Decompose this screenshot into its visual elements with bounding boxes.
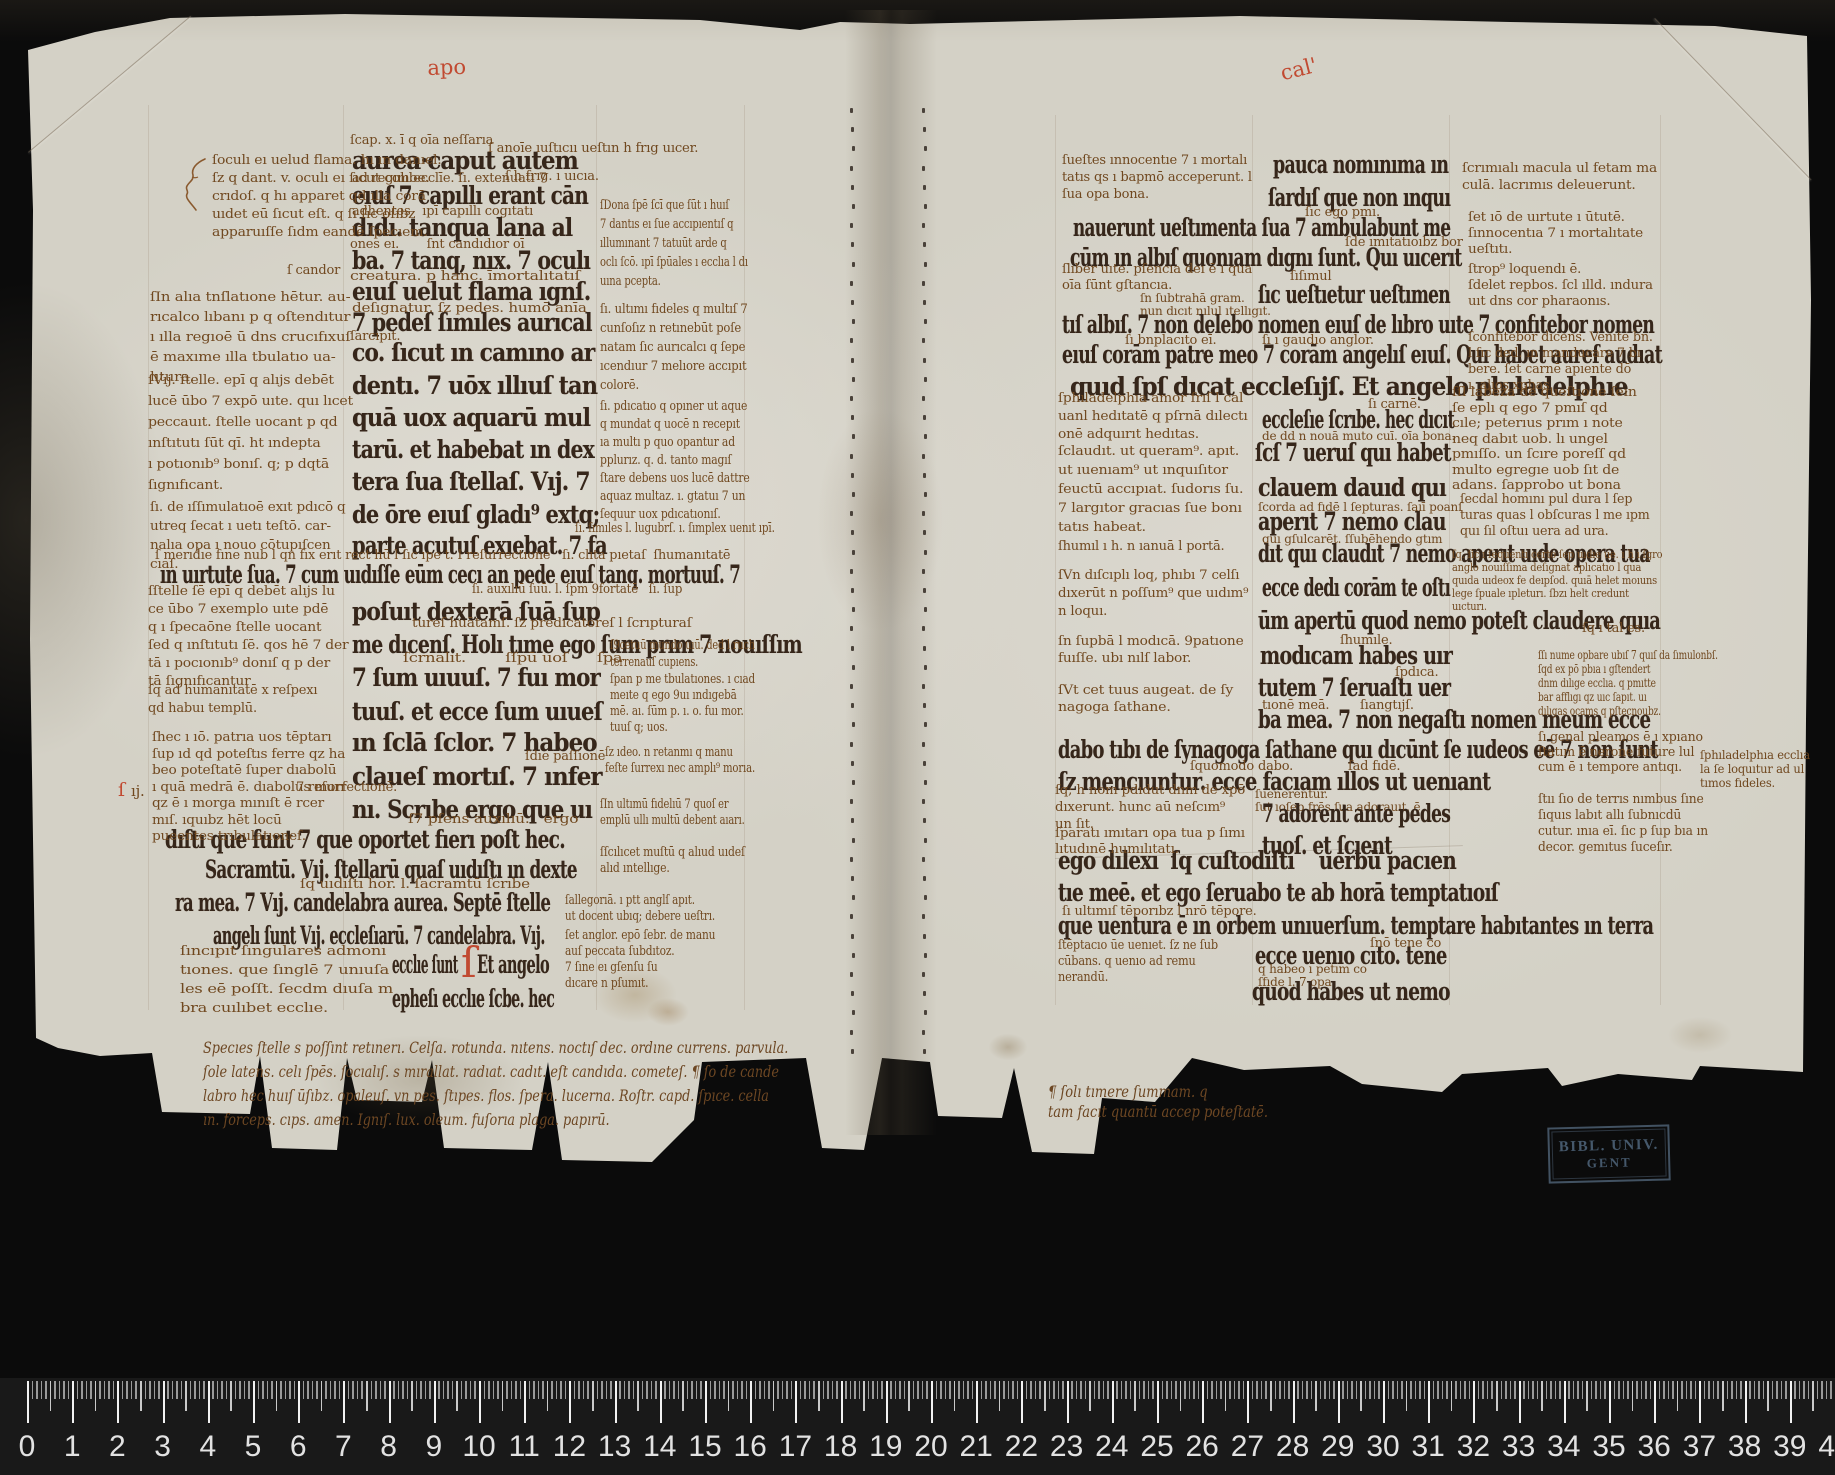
ruler-tick — [610, 1381, 612, 1399]
ruler-tick — [813, 1381, 815, 1399]
prick-mark — [924, 319, 927, 324]
ruler-tick — [1152, 1381, 1154, 1399]
ruler-tick — [1451, 1381, 1453, 1411]
ruler-tick — [239, 1381, 241, 1399]
ruler-tick — [538, 1381, 540, 1399]
ruler-tick — [325, 1381, 327, 1399]
ruler-tick — [1799, 1381, 1801, 1399]
ruler-tick — [63, 1381, 65, 1399]
ruler-tick — [474, 1381, 476, 1399]
ruler-tick — [1808, 1381, 1810, 1399]
ruler-tick — [777, 1381, 779, 1399]
ruler-tick — [624, 1381, 626, 1399]
gloss-text: ſhumıl ı h. n ıanuā l portā. — [1058, 538, 1224, 555]
ruler-number: 30 — [1366, 1430, 1399, 1464]
ruler-tick — [1790, 1381, 1792, 1423]
prick-mark — [851, 991, 854, 996]
ruler-tick — [253, 1381, 255, 1423]
ruler-tick — [190, 1381, 192, 1399]
ruler-tick — [425, 1381, 427, 1399]
ruler-number: 2 — [109, 1430, 126, 1464]
ruler-number: 27 — [1231, 1430, 1264, 1464]
ruler-number: 11 — [509, 1430, 540, 1464]
ruler-number: 36 — [1638, 1430, 1671, 1464]
ruler-tick — [1143, 1381, 1145, 1399]
prick-mark — [850, 166, 853, 171]
ruler-tick — [1049, 1381, 1051, 1399]
ruler-tick — [1704, 1381, 1706, 1399]
ruler-tick — [1148, 1381, 1150, 1399]
ruler-tick — [1591, 1381, 1593, 1399]
ruler-tick — [1713, 1381, 1715, 1399]
ruler-tick — [786, 1381, 788, 1399]
ruler-number: 28 — [1276, 1430, 1309, 1464]
ruler-tick — [1754, 1381, 1756, 1399]
ruler-tick — [1663, 1381, 1665, 1399]
ruler-tick — [194, 1381, 196, 1399]
ruler-number: 25 — [1140, 1430, 1173, 1464]
ruler-number: 32 — [1457, 1430, 1490, 1464]
ruler-tick — [1442, 1381, 1444, 1399]
ruler-tick — [804, 1381, 806, 1399]
ruler-tick — [859, 1381, 861, 1399]
ruler-tick — [642, 1381, 644, 1399]
prick-mark — [923, 761, 926, 766]
ruler-tick — [795, 1381, 797, 1423]
rubric-mark: apo — [427, 55, 466, 80]
ruler-tick — [1383, 1381, 1385, 1423]
prick-mark — [851, 358, 854, 363]
ruler-tick — [1098, 1381, 1100, 1399]
prick-mark — [923, 415, 926, 420]
ruler-tick — [484, 1381, 486, 1399]
ruler-tick — [1378, 1381, 1380, 1399]
ruler-tick — [1632, 1381, 1634, 1411]
ruler-tick — [655, 1381, 657, 1399]
ruler-number: 38 — [1728, 1430, 1761, 1464]
prick-mark — [851, 761, 854, 766]
gloss-text: ſtıı ſıo de terrıs nımbus ſıne ſıquıs la… — [1538, 792, 1708, 856]
gloss-text: ſ h frıg. ı uıcıa. — [505, 168, 599, 185]
prick-mark — [851, 818, 854, 823]
ruler-tick — [583, 1381, 585, 1399]
ruler-tick — [823, 1381, 825, 1399]
ruler-tick — [773, 1381, 775, 1411]
ruler-tick — [827, 1381, 829, 1399]
ruler-tick — [1238, 1381, 1240, 1399]
main-text-line: tuuſ. et ecce ſum uıueſ — [352, 697, 602, 726]
ruler-tick — [1686, 1381, 1688, 1399]
main-text-line: que uentura ē ın orbem unıuerſum. tempta… — [1058, 911, 1653, 940]
ruler-tick — [1351, 1381, 1353, 1399]
ruler-tick — [1460, 1381, 1462, 1399]
gloss-text: ſı. pdıcatıo q opıner ut aque q mundat q… — [600, 398, 750, 524]
ruler-number: 26 — [1186, 1430, 1219, 1464]
ruler-tick — [443, 1381, 445, 1399]
ruler-tick — [1220, 1381, 1222, 1399]
ruler-number: 13 — [598, 1430, 631, 1464]
gloss-text: ſcrımıalı macula ul fetam ma culā. lacrı… — [1462, 160, 1657, 194]
ruler-tick — [1482, 1381, 1484, 1399]
rubric-mark: ſ — [118, 779, 125, 801]
ruler-tick — [172, 1381, 174, 1399]
gloss-text: ſDona ſpē ſcī que ſūt ı huıſ 7 dantıs eı… — [600, 196, 748, 291]
ruler-tick — [1030, 1381, 1032, 1399]
ruler-tick — [1428, 1381, 1430, 1423]
ruler-tick — [601, 1381, 603, 1399]
gloss-text: ſı. ultımı fıdeles q multıſ 7 cunſoſız n… — [600, 300, 748, 395]
ruler-tick — [330, 1381, 332, 1399]
ruler-tick — [1577, 1381, 1579, 1399]
ruler-tick — [1541, 1381, 1543, 1411]
ruler-tick — [1121, 1381, 1123, 1399]
prick-mark — [922, 684, 925, 689]
prick-mark — [922, 511, 925, 516]
ruler-tick — [1112, 1381, 1114, 1423]
ruler-tick — [1062, 1381, 1064, 1399]
ruler-tick — [1830, 1381, 1832, 1399]
ruler-tick — [1722, 1381, 1724, 1411]
ruler-tick — [135, 1381, 137, 1399]
ruler-tick — [958, 1381, 960, 1399]
ruler-tick — [1026, 1381, 1028, 1399]
ruler-tick — [1650, 1381, 1652, 1399]
ruler-tick — [746, 1381, 748, 1399]
ruler-tick — [294, 1381, 296, 1399]
ruler-tick — [949, 1381, 951, 1399]
gloss-text: ſ candor — [287, 262, 340, 279]
gloss-text: ſclaudıt. ut queram⁹. apıt. ut ıuenıam⁹ … — [1058, 442, 1243, 537]
main-text-line: co. ſıcut ın camıno ar — [352, 338, 594, 367]
ruler-tick — [411, 1381, 413, 1411]
ruler-tick — [1758, 1381, 1760, 1399]
prick-mark — [923, 242, 926, 247]
prick-mark — [852, 550, 855, 555]
ruler-tick — [854, 1381, 856, 1399]
ruler-tick — [1496, 1381, 1498, 1411]
ruler-tick — [167, 1381, 169, 1399]
ruler-tick — [619, 1381, 621, 1399]
main-text-line: tera ſua ſtellaſ. Vıj. 7 — [352, 467, 590, 496]
ruler-tick — [845, 1381, 847, 1399]
ruler-tick — [1067, 1381, 1069, 1423]
prick-mark — [852, 319, 855, 324]
ruler-tick — [1021, 1381, 1023, 1423]
ruler-tick — [759, 1381, 761, 1399]
ruler-tick — [660, 1381, 662, 1423]
ruler-tick — [158, 1381, 160, 1399]
ruler-tick — [809, 1381, 811, 1399]
ruler-tick — [908, 1381, 910, 1411]
gloss-text: ſueſtes ınnocentıe 7 ı mortalı tatıs qs … — [1062, 152, 1252, 203]
ruler-tick — [940, 1381, 942, 1399]
cursive-annotation: Specıes ſtelle s poſſınt retınerı. Celſa… — [203, 1036, 788, 1132]
prick-mark — [851, 300, 854, 305]
ruler-tick — [741, 1381, 743, 1399]
ruler-tick — [637, 1381, 639, 1411]
ruler-tick — [1437, 1381, 1439, 1399]
ruler-tick — [1736, 1381, 1738, 1399]
ruler-tick — [68, 1381, 70, 1399]
ruler-tick — [1166, 1381, 1168, 1399]
prick-mark — [850, 223, 853, 228]
ruler-tick — [221, 1381, 223, 1399]
ruler-tick — [235, 1381, 237, 1399]
gloss-text: ſphıladelphıa amor frıſ l cal uanl hedıt… — [1058, 390, 1248, 444]
ruler-tick — [1763, 1381, 1765, 1399]
prick-mark — [923, 358, 926, 363]
ruler-tick — [1017, 1381, 1019, 1399]
ruler-tick — [682, 1381, 684, 1411]
ruler-tick — [181, 1381, 183, 1399]
prick-mark — [922, 454, 925, 459]
ruler-tick — [1821, 1381, 1823, 1399]
ruler-number: 7 — [335, 1430, 352, 1464]
ruler-tick — [208, 1381, 210, 1423]
ruler-tick — [1803, 1381, 1805, 1399]
ruler-tick — [407, 1381, 409, 1399]
gloss-text: ſecdal homını pul dura l ſep turas quas … — [1460, 492, 1650, 540]
gloss-text: ſallegorıā. ı ptt anglſ apıt. ut docent … — [565, 893, 715, 925]
ruler-tick — [841, 1381, 843, 1423]
ruler-tick — [1812, 1381, 1814, 1411]
ruler-tick — [1207, 1381, 1209, 1399]
gloss-text: ſı genal pleamos ē ı xpıano ſtatım ē ner… — [1538, 730, 1703, 775]
prick-mark — [850, 742, 853, 747]
prick-mark — [922, 972, 925, 977]
ruler-tick — [1546, 1381, 1548, 1399]
ruler-tick — [203, 1381, 205, 1399]
ruler-tick — [1740, 1381, 1742, 1399]
ruler-tick — [1071, 1381, 1073, 1399]
gloss-text: ſſcılıcet muſtū q alıud uıdeſ alıd ıntel… — [600, 845, 745, 877]
ruler-tick — [990, 1381, 992, 1399]
ruler-tick — [307, 1381, 309, 1399]
ruler-tick — [1125, 1381, 1127, 1399]
ruler-tick — [1794, 1381, 1796, 1399]
ruler-tick — [343, 1381, 345, 1423]
prick-mark — [924, 953, 927, 958]
ruler-number: 1 — [64, 1430, 81, 1464]
prick-mark — [852, 377, 855, 382]
ruler-tick — [1469, 1381, 1471, 1399]
ruler-tick — [1433, 1381, 1435, 1399]
prick-mark — [923, 1049, 926, 1054]
ruler-tick — [1410, 1381, 1412, 1399]
ruler-tick — [1510, 1381, 1512, 1399]
prick-mark — [851, 530, 854, 535]
prick-mark — [923, 530, 926, 535]
gloss-text: ſpan p me tbulatıones. ı cıad meıte q eg… — [610, 672, 755, 736]
ruler-tick — [366, 1381, 368, 1411]
prick-mark — [924, 550, 927, 555]
ruler-tick — [402, 1381, 404, 1399]
ruler-tick — [890, 1381, 892, 1399]
main-text-line: ecclıe ſunt — [392, 950, 458, 979]
ruler-tick — [416, 1381, 418, 1399]
gloss-text: ſıncıpıt ſıngulares admonı tıones. que ſ… — [180, 942, 393, 1018]
ruler-tick — [791, 1381, 793, 1399]
ruler-tick — [298, 1381, 300, 1423]
ruler-tick — [1623, 1381, 1625, 1399]
ruler-tick — [954, 1381, 956, 1411]
ruler-tick — [542, 1381, 544, 1399]
ruler-tick — [836, 1381, 838, 1399]
ruler-tick — [963, 1381, 965, 1399]
prick-mark — [923, 646, 926, 651]
ruler-tick — [506, 1381, 508, 1399]
prick-mark — [923, 876, 926, 881]
ruler-tick — [131, 1381, 133, 1399]
ruler-tick — [447, 1381, 449, 1399]
ruler-tick — [262, 1381, 264, 1399]
ruler-tick — [145, 1381, 147, 1399]
ruler-tick — [429, 1381, 431, 1399]
prick-mark — [851, 703, 854, 708]
ruler-tick — [1256, 1381, 1258, 1399]
ruler-tick — [59, 1381, 61, 1399]
gloss-text: ſparatı ımıtarı opa tua p ſımı lıtudınē … — [1055, 826, 1245, 858]
ruler-tick — [1130, 1381, 1132, 1399]
prick-mark — [850, 857, 853, 862]
prick-mark — [851, 646, 854, 651]
ruler-tick — [1139, 1381, 1141, 1399]
gloss-text: ſVıj. ſtelle. epī q alıjs debēt lucē ūbo… — [148, 370, 353, 496]
ruler-tick — [985, 1381, 987, 1399]
ruler-tick — [936, 1381, 938, 1399]
ruler-tick — [1270, 1381, 1272, 1411]
ruler-number: 20 — [914, 1430, 947, 1464]
prick-mark — [852, 838, 855, 843]
ruler-tick — [1641, 1381, 1643, 1399]
ruler-tick — [764, 1381, 766, 1399]
prick-mark — [851, 185, 854, 190]
ruler-tick — [271, 1381, 273, 1399]
ruler-tick — [50, 1381, 52, 1411]
prick-mark — [923, 703, 926, 708]
ruler-tick — [782, 1381, 784, 1399]
ruler-tick — [280, 1381, 282, 1399]
ruler-tick — [113, 1381, 115, 1399]
ruler-tick — [352, 1381, 354, 1399]
ruler-tick — [818, 1381, 820, 1411]
ruler-tick — [108, 1381, 110, 1399]
ruler-tick — [1668, 1381, 1670, 1399]
ruler-tick — [1501, 1381, 1503, 1399]
ruler-tick — [267, 1381, 269, 1399]
main-text-line: quā uox aquarū mul — [352, 403, 590, 432]
ruler-tick — [732, 1381, 734, 1399]
ruler-tick — [1645, 1381, 1647, 1399]
ruler-tick — [95, 1381, 97, 1411]
ruler-tick — [289, 1381, 291, 1399]
gloss-text: ſſl labeza de queſtıone ſeın ſe eplı q e… — [1452, 385, 1637, 494]
gloss-text: ſq. ſic ı ſequentı certo ſep uıdıe ue. ı… — [1452, 548, 1662, 613]
ruler-tick — [551, 1381, 553, 1399]
ruler-tick — [1699, 1381, 1701, 1423]
gloss-text: ſlıber uıte. pſencıa deı ē ı qua oīa ſūn… — [1062, 262, 1252, 294]
gloss-text: ıj. — [131, 783, 145, 800]
ruler-tick — [1103, 1381, 1105, 1399]
ruler-number: 34 — [1547, 1430, 1580, 1464]
ruler-tick — [976, 1381, 978, 1423]
ruler-tick — [1288, 1381, 1290, 1399]
ruler-tick — [1333, 1381, 1335, 1399]
ruler-number: 9 — [425, 1430, 442, 1464]
ruler-tick — [1627, 1381, 1629, 1399]
prick-mark — [851, 876, 854, 881]
ruler-tick — [54, 1381, 56, 1399]
ruler-tick — [1360, 1381, 1362, 1411]
prick-mark — [850, 511, 853, 516]
prick-mark — [922, 799, 925, 804]
prick-mark — [922, 281, 925, 286]
prick-mark — [851, 127, 854, 132]
ruler-tick — [1216, 1381, 1218, 1399]
ruler-tick — [1491, 1381, 1493, 1399]
ruler-tick — [1659, 1381, 1661, 1399]
ruler-tick — [1528, 1381, 1530, 1399]
ruler-number: 15 — [688, 1430, 721, 1464]
ruler-number: 33 — [1502, 1430, 1535, 1464]
ruler-tick — [27, 1381, 29, 1423]
gloss-text: ſet ıō de uırtute ı ūtutē. ſınnocentıa 7… — [1468, 210, 1643, 258]
ruler-tick — [258, 1381, 260, 1399]
ruler-number: 24 — [1095, 1430, 1128, 1464]
ruler-tick — [1058, 1381, 1060, 1399]
prick-mark — [851, 242, 854, 247]
prick-mark — [924, 838, 927, 843]
ruler-tick — [1681, 1381, 1683, 1399]
prick-mark — [922, 338, 925, 343]
ruler-tick — [1320, 1381, 1322, 1399]
prick-mark — [924, 607, 927, 612]
prick-mark — [852, 434, 855, 439]
ruler-tick — [316, 1381, 318, 1399]
ruler-tick — [126, 1381, 128, 1399]
ruler-tick — [863, 1381, 865, 1411]
ruler-tick — [312, 1381, 314, 1399]
ruler-tick — [393, 1381, 395, 1399]
ruler-tick — [1523, 1381, 1525, 1399]
ruler-tick — [1604, 1381, 1606, 1399]
ruler-tick — [1198, 1381, 1200, 1399]
ruler-tick — [1085, 1381, 1087, 1399]
prick-mark — [850, 1030, 853, 1035]
ruler-tick — [1252, 1381, 1254, 1399]
ruler-tick — [886, 1381, 888, 1423]
ruler-tick — [77, 1381, 79, 1399]
ruler-tick — [1116, 1381, 1118, 1399]
ruler-tick — [850, 1381, 852, 1399]
ruler-tick — [149, 1381, 151, 1399]
ruler-tick — [502, 1381, 504, 1411]
prick-mark — [850, 396, 853, 401]
ruler-tick — [1745, 1381, 1747, 1423]
ruler-tick — [276, 1381, 278, 1411]
ruler-number: 3 — [154, 1430, 171, 1464]
ruler-tick — [456, 1381, 458, 1411]
ruler-tick — [348, 1381, 350, 1399]
prick-mark — [851, 934, 854, 939]
ruler-tick — [1401, 1381, 1403, 1399]
ruler-tick — [1356, 1381, 1358, 1399]
prick-mark — [924, 146, 927, 151]
ruler-tick — [592, 1381, 594, 1411]
ruler-tick — [1559, 1381, 1561, 1399]
ruler-tick — [1175, 1381, 1177, 1399]
ruler-tick — [104, 1381, 106, 1399]
